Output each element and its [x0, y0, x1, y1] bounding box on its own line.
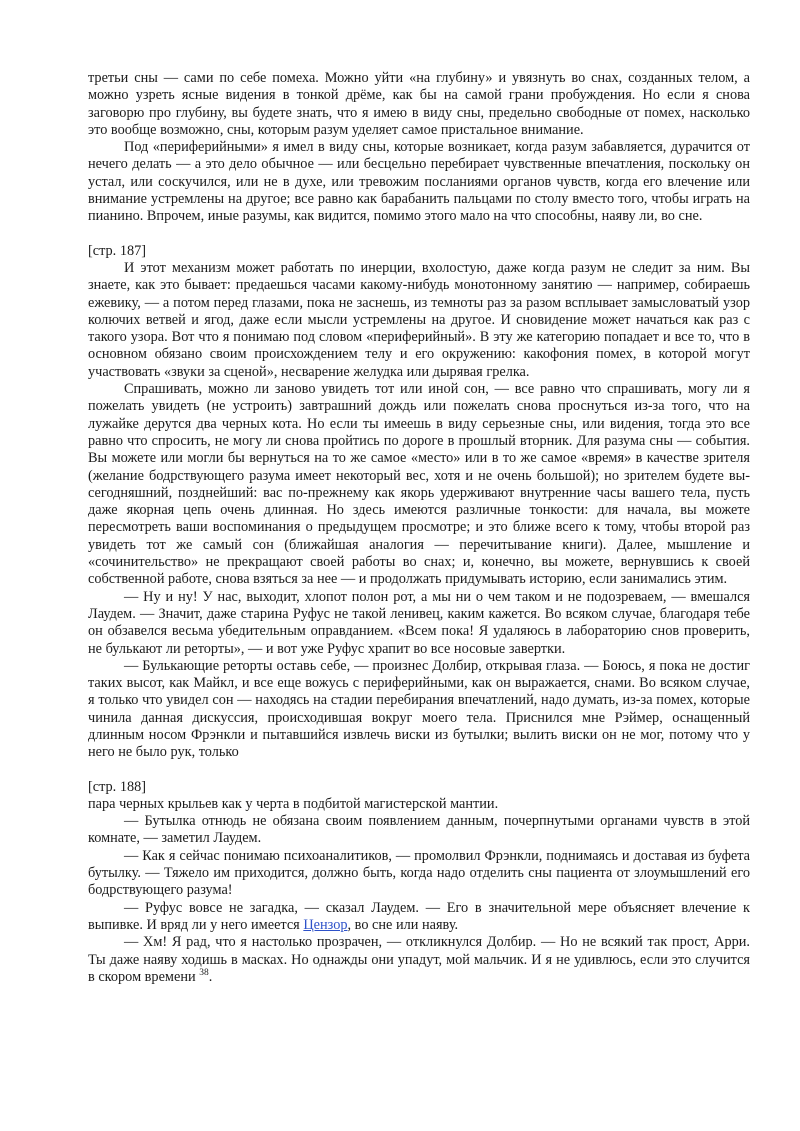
- paragraph-dolbear-dream: — Булькающие реторты оставь себе, — прои…: [88, 658, 750, 762]
- paragraph-bottle-remark: — Бутылка отнюдь не обязана своим появле…: [88, 813, 750, 848]
- page-marker-188: [стр. 188]: [88, 779, 750, 796]
- censor-paragraph-after: , во сне или наяву.: [348, 917, 459, 933]
- document-page: третьи сны — сами по себе помеха. Можно …: [0, 0, 800, 1131]
- paragraph-wings-continuation: пара черных крыльев как у черта в подбит…: [88, 796, 750, 813]
- paragraph-dolbear-masks: — Хм! Я рад, что я настолько прозрачен, …: [88, 934, 750, 986]
- footnote-ref-38: 38: [199, 968, 209, 978]
- paragraph-rufus-censor: — Руфус вовсе не загадка, — сказал Лауде…: [88, 900, 750, 935]
- censor-link[interactable]: Цензор: [303, 917, 347, 933]
- paragraph-peripheral-definition: Под «периферийными» я имел в виду сны, к…: [88, 139, 750, 225]
- paragraph-mechanism-inertia: И этот механизм может работать по инерци…: [88, 260, 750, 381]
- paragraph-re-seeing-dreams: Спрашивать, можно ли заново увидеть тот …: [88, 381, 750, 589]
- masks-paragraph-before: — Хм! Я рад, что я настолько прозрачен, …: [88, 934, 750, 985]
- paragraph-deep-dreams: третьи сны — сами по себе помеха. Можно …: [88, 70, 750, 139]
- paragraph-lowdham-rufus-remark: — Ну и ну! У нас, выходит, хлопот полон …: [88, 589, 750, 658]
- masks-paragraph-after: .: [209, 969, 213, 985]
- text-block: третьи сны — сами по себе помеха. Можно …: [88, 70, 750, 986]
- page-marker-187: [стр. 187]: [88, 243, 750, 260]
- paragraph-frankley-psychoanalysts: — Как я сейчас понимаю психоаналитиков, …: [88, 848, 750, 900]
